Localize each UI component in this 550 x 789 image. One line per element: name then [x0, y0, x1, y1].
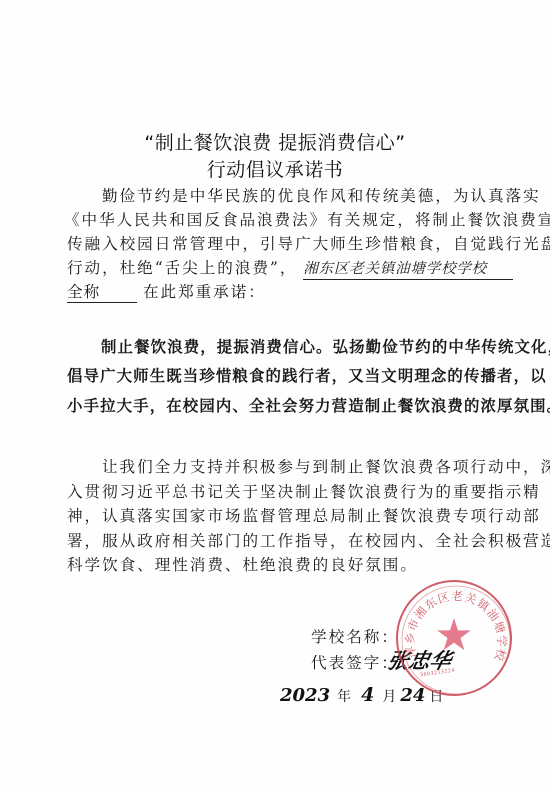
paragraph-line-text: 行动，杜绝“舌尖上的浪费”，	[67, 259, 297, 277]
paragraph-line: 全称在此郑重承诺：	[67, 281, 266, 303]
paragraph-line: 署，服从政府相关部门的工作指导，在校园内、全社会积极营造	[67, 530, 550, 552]
date-year: 2023	[280, 685, 330, 706]
paragraph-line: 倡导广大师生既当珍惜粮食的践行者，又当文明理念的传播者，以	[67, 365, 547, 387]
star-icon: ★	[434, 614, 473, 658]
paragraph-line: 传融入校园日常管理中，引导广大师生珍惜粮食，自觉践行光盘	[67, 233, 550, 255]
paragraph-line: 小手拉大手，在校园内、全社会努力营造制止餐饮浪费的浓厚氛围。	[67, 395, 550, 417]
paragraph-line: 让我们全力支持并积极参与到制止餐饮浪费各项行动中，深	[102, 456, 550, 478]
paragraph-line: 行动，杜绝“舌尖上的浪费”，湘东区老关镇油塘学校学校	[67, 257, 513, 279]
document-title-line2: 行动倡议承诺书	[0, 155, 550, 182]
date-year-unit: 年	[337, 689, 351, 705]
paragraph-line: 科学饮食、理性消费、杜绝浪费的良好氛围。	[67, 554, 418, 576]
paragraph-line: 入贯彻习近平总书记关于坚决制止餐饮浪费行为的重要指示精	[67, 481, 541, 503]
school-name-handwritten-field: 湘东区老关镇油塘学校学校	[303, 258, 513, 280]
date-month: 4	[361, 684, 374, 706]
paragraph-line: 勤俭节约是中华民族的优良作风和传统美德，为认真落实	[102, 185, 541, 207]
paragraph-line: 神，认真落实国家市场监督管理总局制止餐饮浪费专项行动部	[67, 505, 541, 527]
document-title-line1: “制止餐饮浪费 提振消费信心”	[0, 128, 550, 155]
official-seal-stamp: 萍乡市湘东区老关镇油塘学校 ★ 3603213224	[396, 580, 512, 696]
paragraph-line: 《中华人民共和国反食品浪费法》有关规定，将制止餐饮浪费宣	[64, 209, 550, 231]
paragraph-line-text: 在此郑重承诺：	[143, 283, 266, 301]
date-month-unit: 月	[382, 689, 396, 705]
paragraph-line: 制止餐饮浪费，提振消费信心。弘扬勤俭节约的中华传统文化，	[101, 336, 550, 358]
document-page: “制止餐饮浪费 提振消费信心” 行动倡议承诺书 勤俭节约是中华民族的优良作风和传…	[0, 0, 550, 789]
school-name-label: 学校名称：	[311, 625, 399, 647]
full-name-fill-label: 全称	[67, 281, 137, 303]
